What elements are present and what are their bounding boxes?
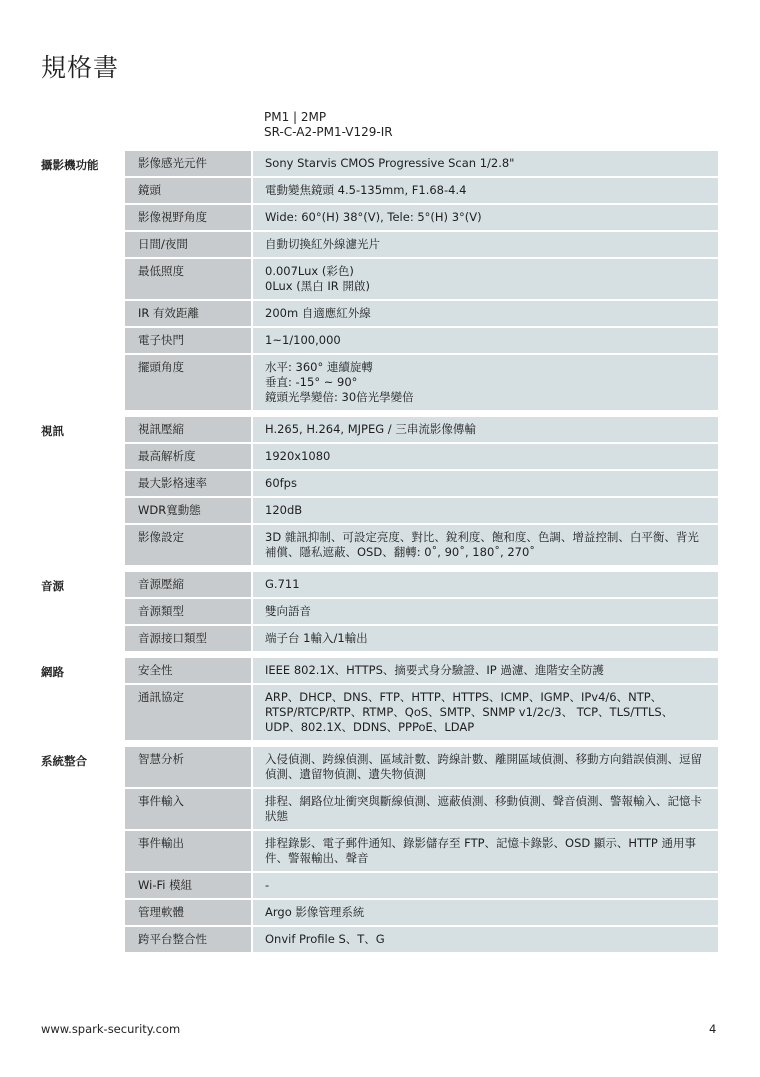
spec-row: 最低照度0.007Lux (彩色) 0Lux (黑白 IR 開啟)	[125, 259, 718, 301]
spec-row: Wi-Fi 模組-	[125, 873, 718, 900]
spec-label: IR 有效距離	[125, 301, 253, 326]
section-rows: 智慧分析入侵偵測、跨線偵測、區域計數、跨線計數、離開區域偵測、移動方向錯誤偵測、…	[125, 747, 718, 952]
spec-table: 攝影機功能影像感光元件Sony Starvis CMOS Progressive…	[41, 151, 718, 959]
spec-row: 智慧分析入侵偵測、跨線偵測、區域計數、跨線計數、離開區域偵測、移動方向錯誤偵測、…	[125, 747, 718, 789]
spec-value: Onvif Profile S、T、G	[253, 927, 718, 952]
spec-row: 事件輸入排程、網路位址衝突與斷線偵測、遮蔽偵測、移動偵測、聲音偵測、警報輸入、記…	[125, 789, 718, 831]
spec-row: WDR寬動態120dB	[125, 498, 718, 525]
spec-label: 影像設定	[125, 525, 253, 565]
spec-label: Wi-Fi 模組	[125, 873, 253, 898]
spec-row: 鏡頭電動變焦鏡頭 4.5-135mm, F1.68-4.4	[125, 178, 718, 205]
spec-section: 音源音源壓縮G.711音源類型雙向語音音源接口類型端子台 1輸入/1輸出	[41, 572, 718, 651]
spec-row: 影像視野角度Wide: 60°(H) 38°(V), Tele: 5°(H) 3…	[125, 205, 718, 232]
spec-row: 影像感光元件Sony Starvis CMOS Progressive Scan…	[125, 151, 718, 178]
spec-value: -	[253, 873, 718, 898]
section-rows: 影像感光元件Sony Starvis CMOS Progressive Scan…	[125, 151, 718, 410]
spec-section: 攝影機功能影像感光元件Sony Starvis CMOS Progressive…	[41, 151, 718, 410]
spec-value: 3D 雜訊抑制、可設定亮度、對比、銳利度、飽和度、色調、增益控制、白平衡、背光補…	[253, 525, 718, 565]
spec-label: 影像視野角度	[125, 205, 253, 230]
spec-row: IR 有效距離200m 自適應紅外線	[125, 301, 718, 328]
spec-row: 電子快門1~1/100,000	[125, 328, 718, 355]
section-rows: 視訊壓縮H.265, H.264, MJPEG / 三串流影像傳輸最高解析度19…	[125, 417, 718, 565]
spec-value: 0.007Lux (彩色) 0Lux (黑白 IR 開啟)	[253, 259, 718, 299]
model-code: SR-C-A2-PM1-V129-IR	[264, 125, 393, 140]
spec-label: 安全性	[125, 658, 253, 683]
spec-section: 視訊視訊壓縮H.265, H.264, MJPEG / 三串流影像傳輸最高解析度…	[41, 417, 718, 565]
spec-label: 通訊協定	[125, 685, 253, 740]
spec-value: 入侵偵測、跨線偵測、區域計數、跨線計數、離開區域偵測、移動方向錯誤偵測、逗留偵測…	[253, 747, 718, 787]
spec-value: 120dB	[253, 498, 718, 523]
model-info: PM1 | 2MP SR-C-A2-PM1-V129-IR	[264, 110, 393, 140]
spec-row: 安全性IEEE 802.1X、HTTPS、摘要式身分驗證、IP 過濾、進階安全防…	[125, 658, 718, 685]
spec-row: 管理軟體Argo 影像管理系統	[125, 900, 718, 927]
section-heading: 音源	[41, 572, 125, 651]
spec-label: 擺頭角度	[125, 355, 253, 410]
spec-label: 音源壓縮	[125, 572, 253, 597]
spec-label: 最低照度	[125, 259, 253, 299]
spec-value: G.711	[253, 572, 718, 597]
spec-value: 雙向語音	[253, 599, 718, 624]
spec-section: 網路安全性IEEE 802.1X、HTTPS、摘要式身分驗證、IP 過濾、進階安…	[41, 658, 718, 740]
spec-value: 排程錄影、電子郵件通知、錄影儲存至 FTP、記憶卡錄影、OSD 顯示、HTTP …	[253, 831, 718, 871]
spec-row: 影像設定3D 雜訊抑制、可設定亮度、對比、銳利度、飽和度、色調、增益控制、白平衡…	[125, 525, 718, 565]
spec-value: ARP、DHCP、DNS、FTP、HTTP、HTTPS、ICMP、IGMP、IP…	[253, 685, 718, 740]
spec-row: 通訊協定ARP、DHCP、DNS、FTP、HTTP、HTTPS、ICMP、IGM…	[125, 685, 718, 740]
section-heading: 網路	[41, 658, 125, 740]
spec-value: 1920x1080	[253, 444, 718, 469]
spec-label: 事件輸出	[125, 831, 253, 871]
spec-value: 200m 自適應紅外線	[253, 301, 718, 326]
section-heading: 攝影機功能	[41, 151, 125, 410]
page-title: 規格書	[41, 48, 119, 84]
spec-label: 音源接口類型	[125, 626, 253, 651]
spec-label: 影像感光元件	[125, 151, 253, 176]
spec-value: 60fps	[253, 471, 718, 496]
spec-section: 系統整合智慧分析入侵偵測、跨線偵測、區域計數、跨線計數、離開區域偵測、移動方向錯…	[41, 747, 718, 952]
spec-value: Wide: 60°(H) 38°(V), Tele: 5°(H) 3°(V)	[253, 205, 718, 230]
section-rows: 安全性IEEE 802.1X、HTTPS、摘要式身分驗證、IP 過濾、進階安全防…	[125, 658, 718, 740]
spec-label: 鏡頭	[125, 178, 253, 203]
section-heading: 系統整合	[41, 747, 125, 952]
spec-label: WDR寬動態	[125, 498, 253, 523]
spec-row: 最高解析度1920x1080	[125, 444, 718, 471]
model-name: PM1 | 2MP	[264, 110, 393, 125]
spec-label: 最高解析度	[125, 444, 253, 469]
page-number: 4	[709, 1022, 716, 1036]
section-heading: 視訊	[41, 417, 125, 565]
spec-label: 智慧分析	[125, 747, 253, 787]
spec-row: 最大影格速率60fps	[125, 471, 718, 498]
spec-row: 日間/夜間自動切換紅外線濾光片	[125, 232, 718, 259]
spec-value: Sony Starvis CMOS Progressive Scan 1/2.8…	[253, 151, 718, 176]
spec-value: H.265, H.264, MJPEG / 三串流影像傳輸	[253, 417, 718, 442]
spec-value: 電動變焦鏡頭 4.5-135mm, F1.68-4.4	[253, 178, 718, 203]
spec-value: Argo 影像管理系統	[253, 900, 718, 925]
spec-label: 最大影格速率	[125, 471, 253, 496]
section-rows: 音源壓縮G.711音源類型雙向語音音源接口類型端子台 1輸入/1輸出	[125, 572, 718, 651]
spec-value: 水平: 360° 連續旋轉 垂直: -15° ~ 90° 鏡頭光學變倍: 30倍…	[253, 355, 718, 410]
spec-value: 1~1/100,000	[253, 328, 718, 353]
spec-value: 自動切換紅外線濾光片	[253, 232, 718, 257]
spec-value: 端子台 1輸入/1輸出	[253, 626, 718, 651]
spec-row: 事件輸出排程錄影、電子郵件通知、錄影儲存至 FTP、記憶卡錄影、OSD 顯示、H…	[125, 831, 718, 873]
spec-row: 跨平台整合性Onvif Profile S、T、G	[125, 927, 718, 952]
spec-label: 視訊壓縮	[125, 417, 253, 442]
spec-label: 音源類型	[125, 599, 253, 624]
spec-label: 電子快門	[125, 328, 253, 353]
spec-label: 跨平台整合性	[125, 927, 253, 952]
spec-row: 音源接口類型端子台 1輸入/1輸出	[125, 626, 718, 651]
spec-label: 日間/夜間	[125, 232, 253, 257]
spec-value: 排程、網路位址衝突與斷線偵測、遮蔽偵測、移動偵測、聲音偵測、警報輸入、記憶卡狀態	[253, 789, 718, 829]
spec-value: IEEE 802.1X、HTTPS、摘要式身分驗證、IP 過濾、進階安全防護	[253, 658, 718, 683]
spec-row: 擺頭角度水平: 360° 連續旋轉 垂直: -15° ~ 90° 鏡頭光學變倍:…	[125, 355, 718, 410]
spec-label: 事件輸入	[125, 789, 253, 829]
spec-row: 音源壓縮G.711	[125, 572, 718, 599]
spec-row: 音源類型雙向語音	[125, 599, 718, 626]
footer-url: www.spark-security.com	[41, 1022, 180, 1036]
spec-row: 視訊壓縮H.265, H.264, MJPEG / 三串流影像傳輸	[125, 417, 718, 444]
spec-label: 管理軟體	[125, 900, 253, 925]
